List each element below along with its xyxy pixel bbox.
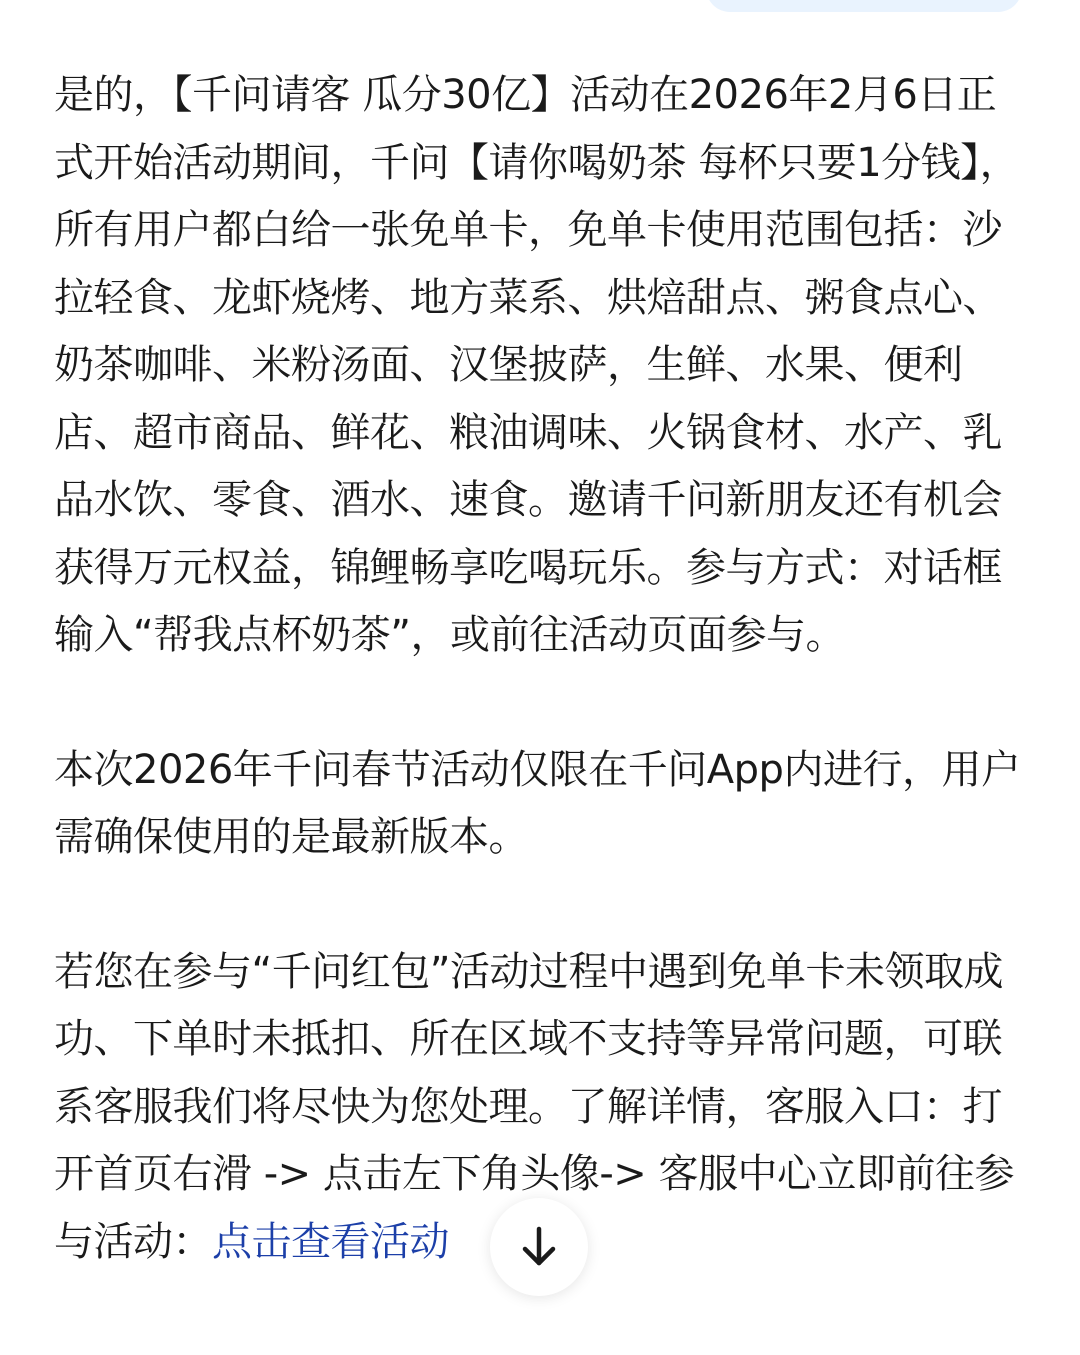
arrow-down-icon bbox=[519, 1225, 559, 1269]
assistant-answer: 是的，【千问请客 瓜分30亿】活动在2026年2月6日正式开始活动期间，千问【请… bbox=[54, 62, 1026, 1276]
view-activity-link[interactable]: 点击查看活动 bbox=[212, 1219, 449, 1265]
answer-paragraph-2: 本次2026年千问春节活动仅限在千问App内进行，用户需确保使用的是最新版本。 bbox=[54, 737, 1026, 872]
user-message-bubble bbox=[706, 0, 1022, 12]
scroll-to-bottom-button[interactable] bbox=[490, 1198, 588, 1296]
answer-paragraph-1: 是的，【千问请客 瓜分30亿】活动在2026年2月6日正式开始活动期间，千问【请… bbox=[54, 62, 1026, 670]
